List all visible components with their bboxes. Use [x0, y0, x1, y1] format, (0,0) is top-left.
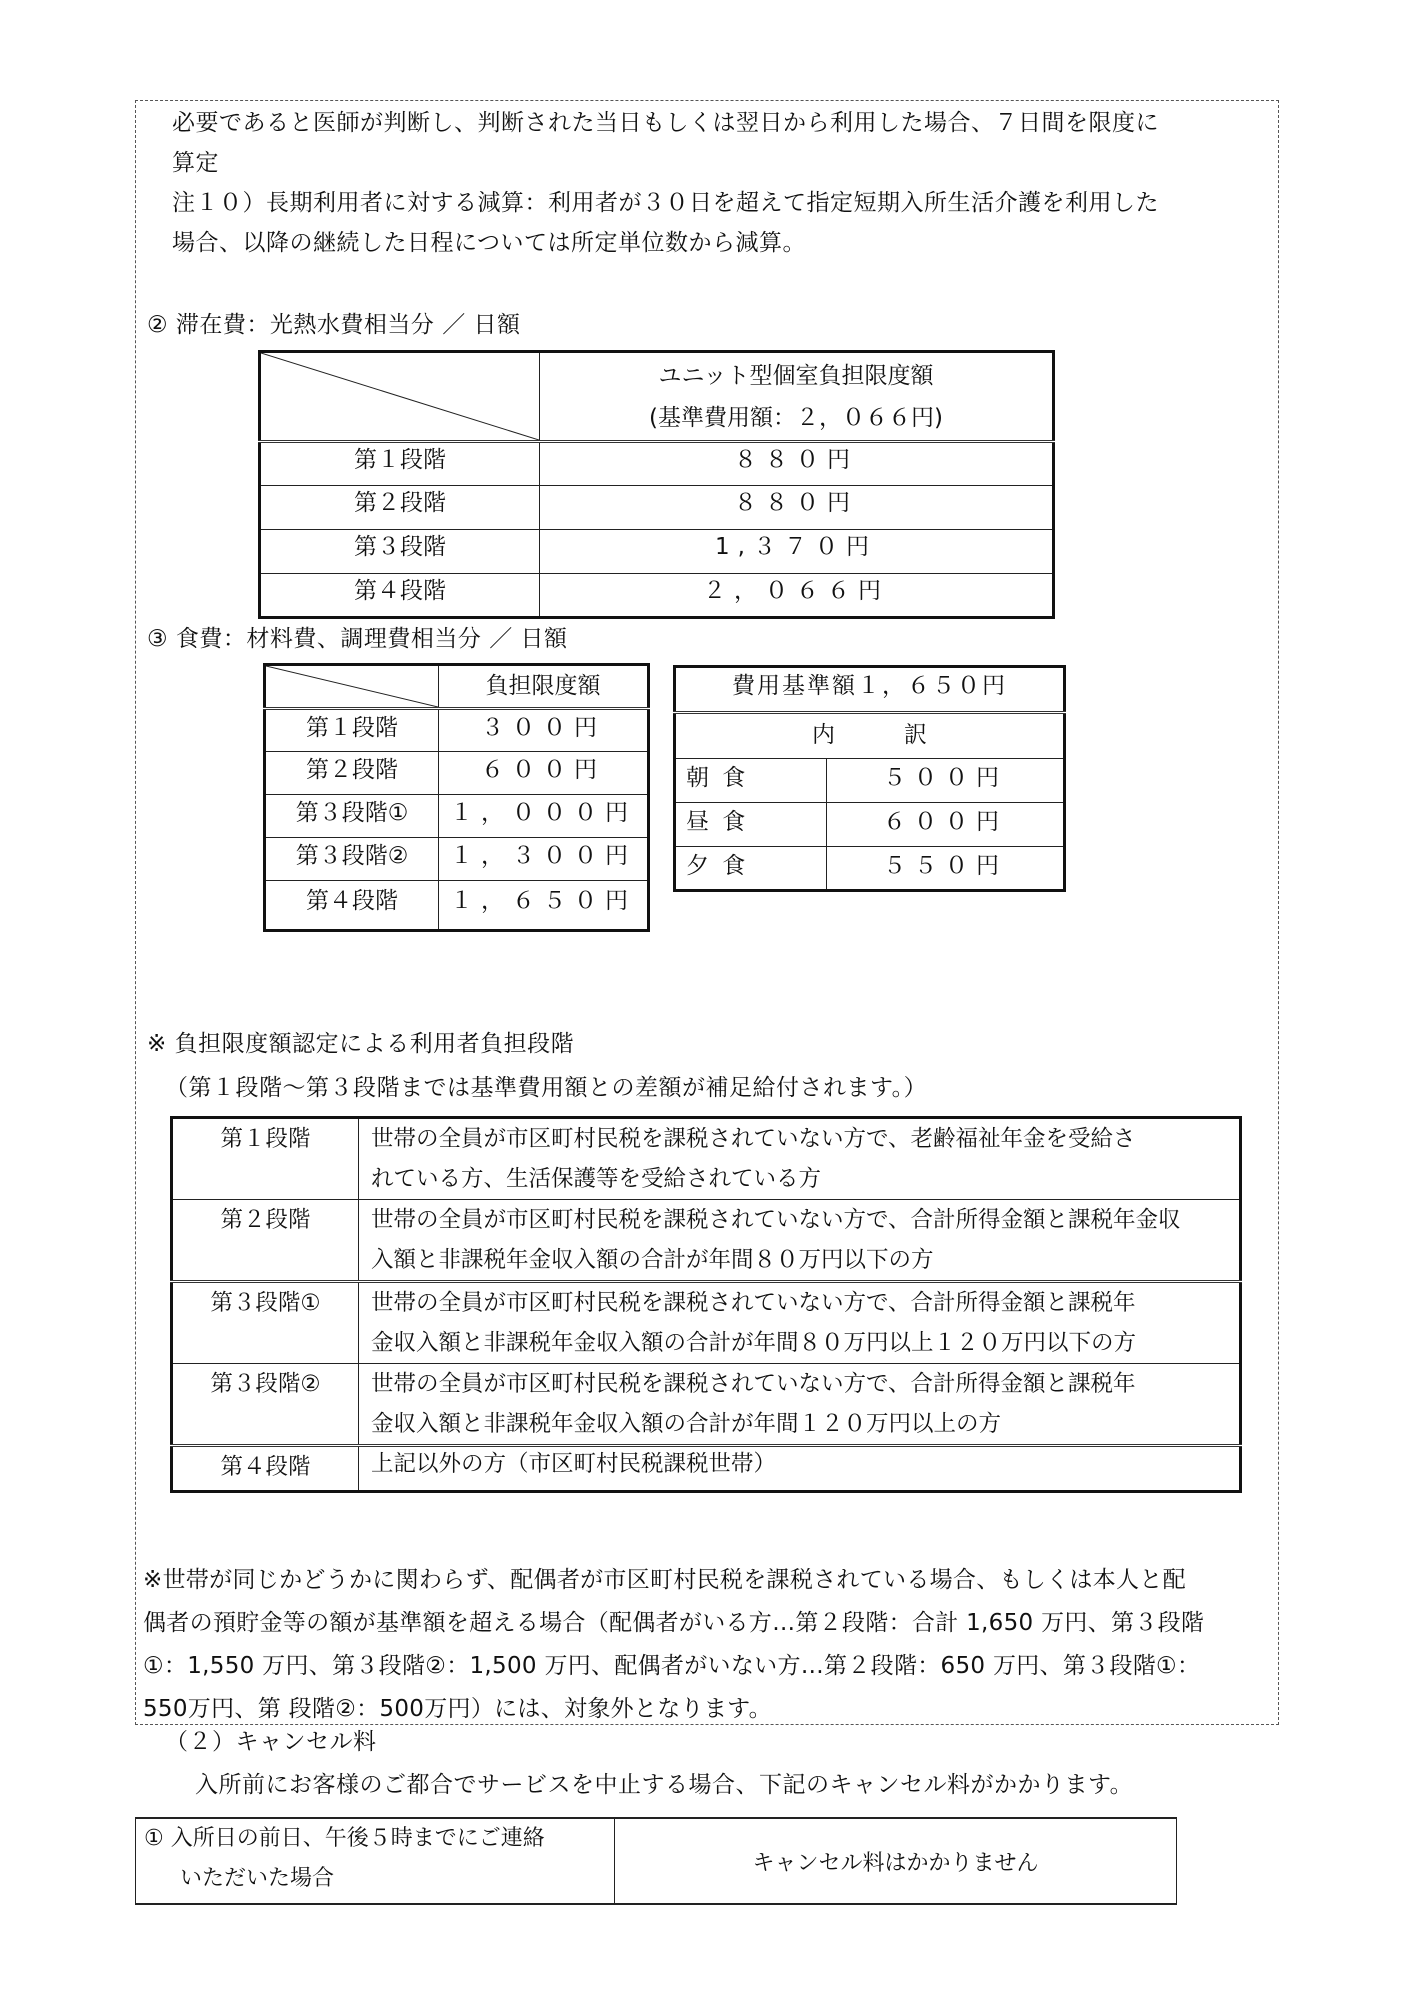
- note-line-2: 偶者の預貯金等の額が基準額を超える場合（配偶者がいる方…第２段階：合計 1,65…: [143, 1603, 1204, 1643]
- stay-header-line-2: (基準費用額：２，０６６円): [540, 397, 1052, 439]
- description-line: 世帯の全員が市区町村民税を課税されていない方で、合計所得金額と課税年金収: [371, 1200, 1239, 1240]
- stay-heading: ② 滞在費：光熱水費相当分 ／ 日額: [147, 305, 521, 345]
- stage-label: 第２段階: [172, 1200, 359, 1282]
- meal-label: 朝 食: [675, 759, 827, 803]
- stage-amount: ８８０円: [540, 486, 1054, 530]
- table-row: 昼 食 ６００円: [675, 803, 1065, 847]
- description-line: 入額と非課税年金収入額の合計が年間８０万円以下の方: [371, 1240, 1239, 1280]
- meal-label: 昼 食: [675, 803, 827, 847]
- intro-line-1: 必要であると医師が判断し、判断された当日もしくは翌日から利用した場合、７日間を限…: [172, 103, 1159, 143]
- stage-description: 世帯の全員が市区町村民税を課税されていない方で、合計所得金額と課税年 金収入額と…: [359, 1282, 1241, 1364]
- table-row: 第３段階② １，３００円: [265, 838, 649, 881]
- stage-label: 第２段階: [260, 486, 540, 530]
- food-limit-table: 負担限度額 第１段階 ３００円 第２段階 ６００円 第３段階① １，０００円 第…: [263, 663, 650, 932]
- stage-amount: １，６５０円: [439, 881, 649, 931]
- diagonal-line-icon: [266, 666, 438, 707]
- table-row: 朝 食 ５００円: [675, 759, 1065, 803]
- cancel-table: ① 入所日の前日、午後５時までにご連絡 いただいた場合 キャンセル料はかかりませ…: [135, 1817, 1177, 1905]
- meal-amount: ５００円: [827, 759, 1065, 803]
- condition-line: ① 入所日の前日、午後５時までにご連絡: [144, 1819, 614, 1859]
- food-heading: ③ 食費：材料費、調理費相当分 ／ 日額: [147, 619, 568, 659]
- stage-label: 第２段階: [265, 752, 439, 795]
- intro-line-3: 注１０）長期利用者に対する減算：利用者が３０日を超えて指定短期入所生活介護を利用…: [172, 183, 1159, 223]
- stages-table: 第１段階 世帯の全員が市区町村民税を課税されていない方で、老齢福祉年金を受給さ …: [170, 1116, 1242, 1493]
- stages-subheading: （第１段階～第３段階までは基準費用額との差額が補足給付されます。）: [165, 1068, 927, 1108]
- table-row: 第１段階 ３００円: [265, 709, 649, 752]
- description-line: 金収入額と非課税年金収入額の合計が年間１２０万円以上の方: [371, 1404, 1239, 1444]
- intro-line-2: 算定: [172, 143, 219, 183]
- diagonal-header-cell: [265, 665, 439, 709]
- description-line: れている方、生活保護等を受給されている方: [371, 1159, 1239, 1199]
- table-row: 第２段階 世帯の全員が市区町村民税を課税されていない方で、合計所得金額と課税年金…: [172, 1200, 1241, 1282]
- table-row: 第２段階 ８８０円: [260, 486, 1054, 530]
- diagonal-header-cell: [260, 352, 540, 442]
- stage-description: 世帯の全員が市区町村民税を課税されていない方で、合計所得金額と課税年金収 入額と…: [359, 1200, 1241, 1282]
- stage-amount: ２，０６６円: [540, 574, 1054, 618]
- description-line: 世帯の全員が市区町村民税を課税されていない方で、合計所得金額と課税年: [371, 1364, 1239, 1404]
- stage-label: 第３段階②: [172, 1364, 359, 1446]
- meal-amount: ５５０円: [827, 847, 1065, 891]
- stage-label: 第４段階: [260, 574, 540, 618]
- food-base-table: 費用基準額１，６５０円 内 訳 朝 食 ５００円 昼 食 ６００円 夕 食 ５５…: [673, 665, 1066, 892]
- table-row: 第３段階① １，０００円: [265, 795, 649, 838]
- stay-header-line-1: ユニット型個室負担限度額: [540, 355, 1052, 397]
- table-row: 第１段階 ８８０円: [260, 442, 1054, 486]
- description-line: 世帯の全員が市区町村民税を課税されていない方で、老齢福祉年金を受給さ: [371, 1119, 1239, 1159]
- stage-label: 第３段階①: [265, 795, 439, 838]
- stage-label: 第４段階: [172, 1446, 359, 1492]
- stage-label: 第１段階: [260, 442, 540, 486]
- table-row: 第３段階② 世帯の全員が市区町村民税を課税されていない方で、合計所得金額と課税年…: [172, 1364, 1241, 1446]
- cancel-heading: （２）キャンセル料: [165, 1722, 377, 1762]
- table-row: 第３段階① 世帯の全員が市区町村民税を課税されていない方で、合計所得金額と課税年…: [172, 1282, 1241, 1364]
- stage-label: 第１段階: [172, 1118, 359, 1200]
- table-row: 第４段階 １，６５０円: [265, 881, 649, 931]
- stage-amount: １，０００円: [439, 795, 649, 838]
- cancel-description: 入所前にお客様のご都合でサービスを中止する場合、下記のキャンセル料がかかります。: [195, 1765, 1133, 1805]
- stay-fee-table: ユニット型個室負担限度額 (基準費用額：２，０６６円) 第１段階 ８８０円 第２…: [258, 350, 1055, 619]
- limit-header: 負担限度額: [439, 665, 649, 709]
- cancel-condition: ① 入所日の前日、午後５時までにご連絡 いただいた場合: [136, 1818, 615, 1904]
- table-row: ① 入所日の前日、午後５時までにご連絡 いただいた場合 キャンセル料はかかりませ…: [136, 1818, 1177, 1904]
- stage-label: 第３段階: [260, 530, 540, 574]
- stage-amount: ６００円: [439, 752, 649, 795]
- stage-description: 世帯の全員が市区町村民税を課税されていない方で、合計所得金額と課税年 金収入額と…: [359, 1364, 1241, 1446]
- description-line: 世帯の全員が市区町村民税を課税されていない方で、合計所得金額と課税年: [371, 1283, 1239, 1323]
- stay-header-cell: ユニット型個室負担限度額 (基準費用額：２，０６６円): [540, 352, 1054, 442]
- stages-heading: ※ 負担限度額認定による利用者負担段階: [147, 1024, 574, 1064]
- description-line: 金収入額と非課税年金収入額の合計が年間８０万円以上１２０万円以下の方: [371, 1323, 1239, 1363]
- table-row: 第３段階 1,３７０円: [260, 530, 1054, 574]
- cancel-fee: キャンセル料はかかりません: [615, 1818, 1177, 1904]
- table-row: 夕 食 ５５０円: [675, 847, 1065, 891]
- note-line-1: ※世帯が同じかどうかに関わらず、配偶者が市区町村民税を課税されている場合、もしく…: [143, 1560, 1186, 1600]
- diagonal-line-icon: [261, 353, 539, 440]
- table-row: 第１段階 世帯の全員が市区町村民税を課税されていない方で、老齢福祉年金を受給さ …: [172, 1118, 1241, 1200]
- stage-amount: 1,３７０円: [540, 530, 1054, 574]
- intro-line-4: 場合、以降の継続した日程については所定単位数から減算。: [172, 223, 806, 263]
- condition-line: いただいた場合: [144, 1859, 614, 1899]
- table-row: 第４段階 ２，０６６円: [260, 574, 1054, 618]
- stage-amount: １，３００円: [439, 838, 649, 881]
- stage-amount: ３００円: [439, 709, 649, 752]
- table-row: 第４段階 上記以外の方（市区町村民税課税世帯）: [172, 1446, 1241, 1492]
- base-header: 費用基準額１，６５０円: [675, 667, 1065, 713]
- breakdown-header: 内 訳: [675, 713, 1065, 759]
- note-line-3: ①：1,550 万円、第３段階②：1,500 万円、配偶者がいない方…第２段階：…: [143, 1646, 1200, 1686]
- stage-description: 上記以外の方（市区町村民税課税世帯）: [359, 1446, 1241, 1492]
- meal-amount: ６００円: [827, 803, 1065, 847]
- table-row: 第２段階 ６００円: [265, 752, 649, 795]
- stage-label: 第４段階: [265, 881, 439, 931]
- meal-label: 夕 食: [675, 847, 827, 891]
- stage-label: 第３段階①: [172, 1282, 359, 1364]
- stage-description: 世帯の全員が市区町村民税を課税されていない方で、老齢福祉年金を受給さ れている方…: [359, 1118, 1241, 1200]
- stage-label: 第１段階: [265, 709, 439, 752]
- stage-label: 第３段階②: [265, 838, 439, 881]
- stage-amount: ８８０円: [540, 442, 1054, 486]
